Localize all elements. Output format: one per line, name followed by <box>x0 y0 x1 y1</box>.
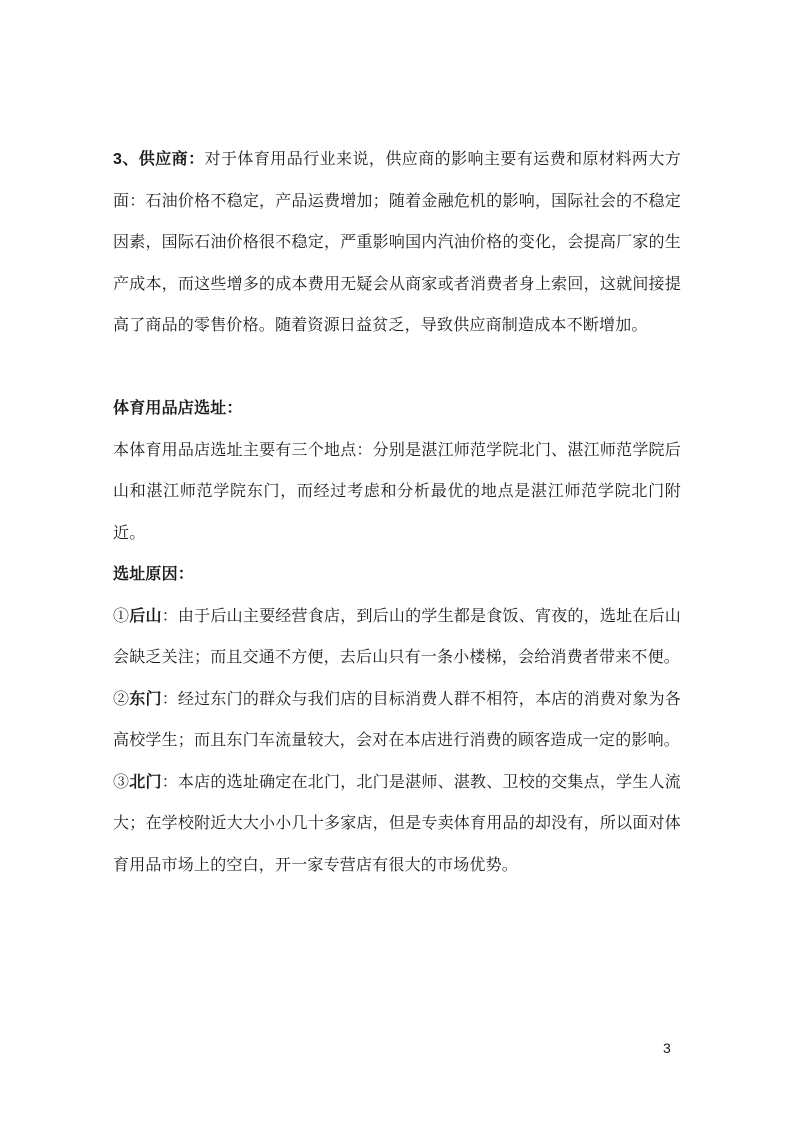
paragraph-reason-beimen: ③北门：本店的选址确定在北门，北门是湛师、湛教、卫校的交集点，学生人流大；在学校… <box>113 762 681 887</box>
reason-2-lead: 东门 <box>129 691 161 708</box>
reason-1-marker: ① <box>113 608 129 625</box>
paragraph-location: 本体育用品店选址主要有三个地点：分别是湛江师范学院北门、湛江师范学院后山和湛江师… <box>113 430 681 555</box>
reason-1-body: ：由于后山主要经营食店，到后山的学生都是食饭、宵夜的，选址在后山会缺乏关注；而且… <box>113 608 681 667</box>
blank-line <box>113 347 681 389</box>
document-page: 3、供应商：对于体育用品行业来说，供应商的影响主要有运费和原材料两大方面：石油价… <box>0 0 794 1123</box>
heading-site-reasons: 选址原因： <box>113 554 681 596</box>
supplier-body: 对于体育用品行业来说，供应商的影响主要有运费和原材料两大方面：石油价格不稳定，产… <box>113 151 681 334</box>
paragraph-reason-houshan: ①后山：由于后山主要经营食店，到后山的学生都是食饭、宵夜的，选址在后山会缺乏关注… <box>113 596 681 679</box>
reason-3-lead: 北门 <box>129 774 161 791</box>
reason-3-body: ：本店的选址确定在北门，北门是湛师、湛教、卫校的交集点，学生人流大；在学校附近大… <box>113 774 681 874</box>
paragraph-reason-dongmen: ②东门：经过东门的群众与我们店的目标消费人群不相符，本店的消费对象为各高校学生；… <box>113 679 681 762</box>
page-number: 3 <box>663 1038 671 1058</box>
reason-2-marker: ② <box>113 691 129 708</box>
paragraph-supplier: 3、供应商：对于体育用品行业来说，供应商的影响主要有运费和原材料两大方面：石油价… <box>113 139 681 347</box>
reason-1-lead: 后山 <box>129 608 161 625</box>
reason-3-marker: ③ <box>113 774 129 791</box>
heading-store-location: 体育用品店选址： <box>113 388 681 430</box>
supplier-lead: 3、供应商： <box>113 151 205 168</box>
document-content: 3、供应商：对于体育用品行业来说，供应商的影响主要有运费和原材料两大方面：石油价… <box>113 139 681 886</box>
reason-2-body: ：经过东门的群众与我们店的目标消费人群不相符，本店的消费对象为各高校学生；而且东… <box>113 691 681 750</box>
